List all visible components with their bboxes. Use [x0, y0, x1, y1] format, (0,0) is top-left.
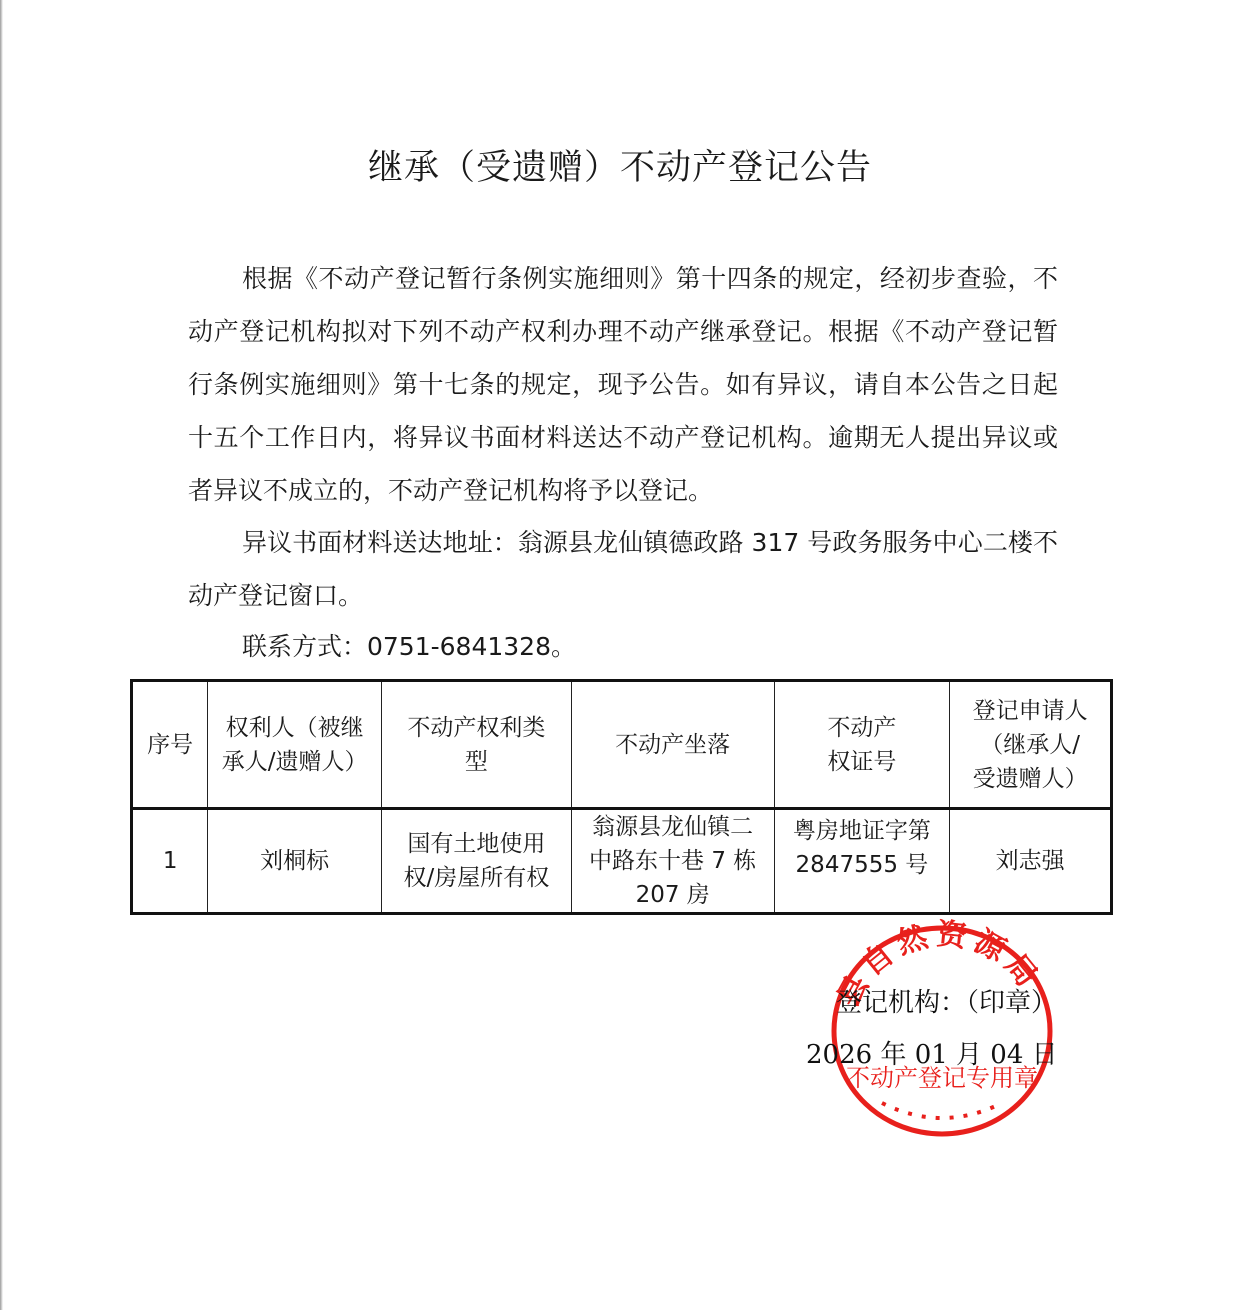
cell-location: 翁源县龙仙镇二中路东十巷 7 栋207 房 [571, 809, 774, 914]
contact-text: 联系方式：0751-6841328。 [188, 620, 1058, 673]
table-row: 1 刘桐标 国有土地使用权/房屋所有权 翁源县龙仙镇二中路东十巷 7 栋207 … [132, 809, 1112, 914]
notice-paragraph-text: 根据《不动产登记暂行条例实施细则》第十四条的规定，经初步查验，不动产登记机构拟对… [188, 252, 1058, 517]
notice-paragraph: 根据《不动产登记暂行条例实施细则》第十四条的规定，经初步查验，不动产登记机构拟对… [188, 252, 1058, 517]
cell-applicant: 刘志强 [950, 809, 1112, 914]
registry-table: 序号 权利人（被继承人/遗赠人） 不动产权利类型 不动产坐落 不动产权证号 登记… [130, 679, 1113, 915]
objection-address-paragraph: 异议书面材料送达地址：翁源县龙仙镇德政路 317 号政务服务中心二楼不动产登记窗… [188, 516, 1058, 622]
registration-authority-label: 登记机构：（印章） [836, 982, 1057, 1019]
cell-right-holder: 刘桐标 [208, 809, 382, 914]
contact-paragraph: 联系方式：0751-6841328。 [188, 620, 1058, 673]
header-index: 序号 [132, 681, 208, 809]
announcement-date: 2026 年 01 月 04 日 [806, 1034, 1058, 1071]
header-right-holder: 权利人（被继承人/遗赠人） [208, 681, 382, 809]
page-edge [0, 0, 3, 1310]
page-title: 继承（受遗赠）不动产登记公告 [0, 140, 1240, 190]
official-seal: 县自然资源局 不动产登记专用章 [822, 918, 1062, 1138]
cell-right-type: 国有土地使用权/房屋所有权 [382, 809, 572, 914]
header-applicant: 登记申请人（继承人/受遗赠人） [950, 681, 1112, 809]
objection-address-text: 异议书面材料送达地址：翁源县龙仙镇德政路 317 号政务服务中心二楼不动产登记窗… [188, 516, 1058, 622]
cell-index: 1 [132, 809, 208, 914]
header-certificate: 不动产权证号 [774, 681, 950, 809]
cell-certificate: 粤房地证字第2847555 号 [774, 809, 950, 914]
table-header-row: 序号 权利人（被继承人/遗赠人） 不动产权利类型 不动产坐落 不动产权证号 登记… [132, 681, 1112, 809]
header-right-type: 不动产权利类型 [382, 681, 572, 809]
header-location: 不动产坐落 [571, 681, 774, 809]
